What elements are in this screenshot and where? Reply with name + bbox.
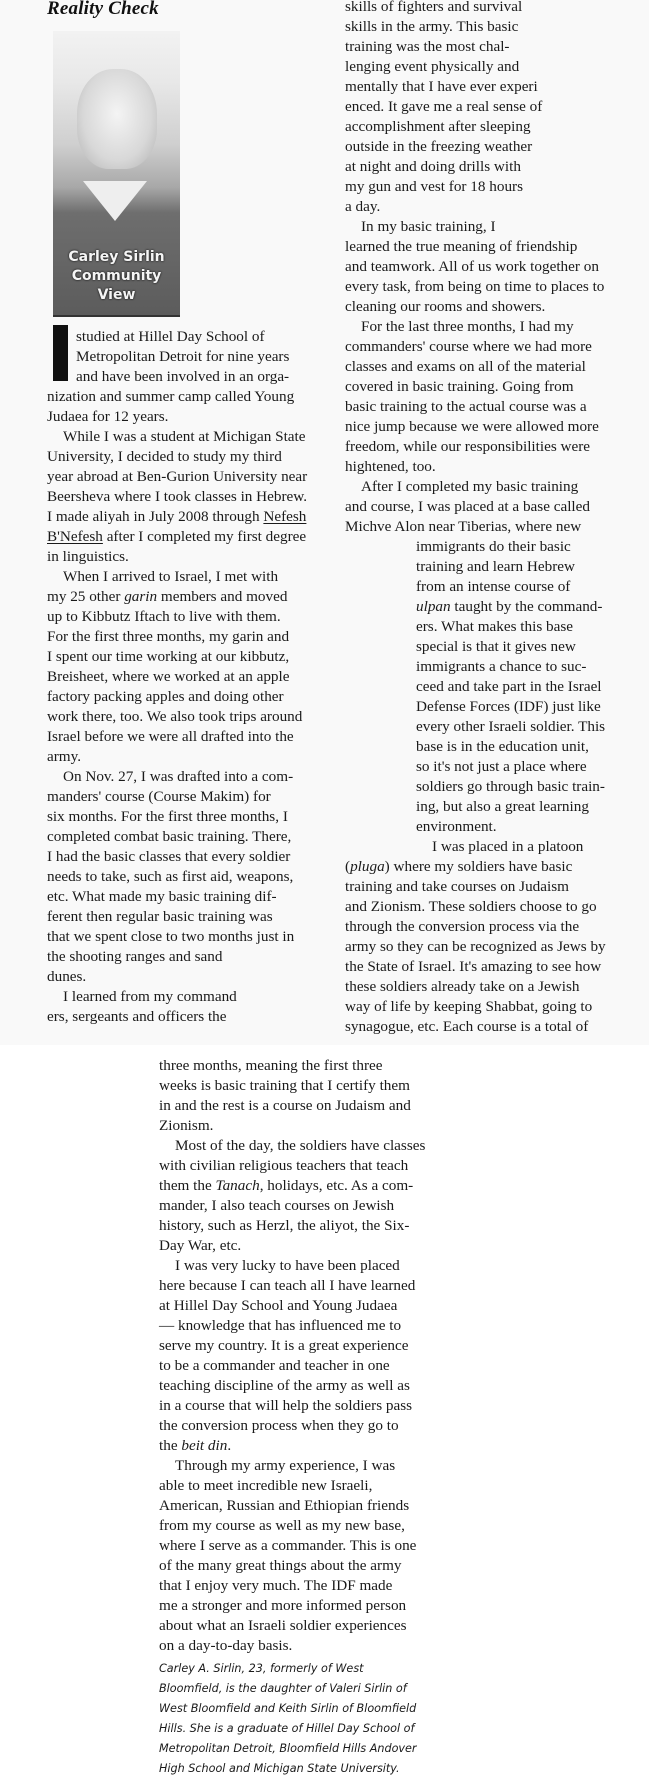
- bio-line: Carley A. Sirlin, 23, formerly of West: [159, 1659, 417, 1679]
- text-line: serve my country. It is a great experien…: [159, 1336, 425, 1356]
- text-line: enced. It gave me a real sense of: [345, 97, 606, 117]
- text-line: immigrants do their basic: [345, 537, 606, 557]
- text-line: mander, I also teach courses on Jewish: [159, 1196, 425, 1216]
- text-line: at Hillel Day School and Young Judaea: [159, 1296, 425, 1316]
- left-column: studied at Hillel Day School of Metropol…: [47, 327, 307, 1027]
- text-line: that we spent close to two months just i…: [47, 927, 307, 947]
- text-line: B'Nefesh after I completed my first degr…: [47, 527, 307, 547]
- text-line: manders' course (Course Makim) for: [47, 787, 307, 807]
- nefesh-link[interactable]: Nefesh: [263, 508, 306, 525]
- text-line: Beersheva where I took classes in Hebrew…: [47, 487, 307, 507]
- text-line: nice jump because we were allowed more: [345, 417, 606, 437]
- text-line: and course, I was placed at a base calle…: [345, 497, 606, 517]
- text-line: I learned from my command: [47, 987, 307, 1007]
- text-line: my 25 other garin members and moved: [47, 587, 307, 607]
- text-line: training and learn Hebrew: [345, 557, 606, 577]
- text-line: my gun and vest for 18 hours: [345, 177, 606, 197]
- author-bio: Carley A. Sirlin, 23, formerly of West B…: [159, 1659, 417, 1779]
- text-line: work there, too. We also took trips arou…: [47, 707, 307, 727]
- text-line: ers, sergeants and officers the: [47, 1007, 307, 1027]
- text-line: army.: [47, 747, 307, 767]
- text-line: ing, but also a great learning: [345, 797, 606, 817]
- text-line: from an intense course of: [345, 577, 606, 597]
- portrait-collar: [83, 181, 147, 221]
- text-line: soldiers go through basic train-: [345, 777, 606, 797]
- text-line: through the conversion process via the: [345, 917, 606, 937]
- text-line: Zionism.: [159, 1116, 425, 1136]
- text-line: (pluga) where my soldiers have basic: [345, 857, 606, 877]
- text-line: ferent then regular basic training was: [47, 907, 307, 927]
- text-line: ulpan taught by the command-: [345, 597, 606, 617]
- text-line: covered in basic training. Going from: [345, 377, 606, 397]
- text-line: lenging event physically and: [345, 57, 606, 77]
- text-line: and Zionism. These soldiers choose to go: [345, 897, 606, 917]
- bio-line: Bloomfield, is the daughter of Valeri Si…: [159, 1679, 417, 1699]
- text-line: Israel before we were all drafted into t…: [47, 727, 307, 747]
- text-line: Defense Forces (IDF) just like: [345, 697, 606, 717]
- bottom-column: three months, meaning the first three we…: [159, 1056, 425, 1656]
- text-line: and teamwork. All of us work together on: [345, 257, 606, 277]
- text-line: six months. For the first three months, …: [47, 807, 307, 827]
- text-line: I spent our time working at our kibbutz,: [47, 647, 307, 667]
- text-line: training was the most chal-: [345, 37, 606, 57]
- text-line: learned the true meaning of friendship: [345, 237, 606, 257]
- text-line: needs to take, such as first aid, weapon…: [47, 867, 307, 887]
- text-line: — knowledge that has influenced me to: [159, 1316, 425, 1336]
- text-line: every task, from being on time to places…: [345, 277, 606, 297]
- text-line: Day War, etc.: [159, 1236, 425, 1256]
- text-line: ceed and take part in the Israel: [345, 677, 606, 697]
- text-line: I was placed in a platoon: [345, 837, 606, 857]
- text-line: cleaning our rooms and showers.: [345, 297, 606, 317]
- text-line: classes and exams on all of the material: [345, 357, 606, 377]
- photo-caption-line2: Community: [53, 267, 180, 286]
- nefesh-link-cont[interactable]: B'Nefesh: [47, 528, 103, 545]
- text-line: For the first three months, my garin and: [47, 627, 307, 647]
- text-line: Michve Alon near Tiberias, where new: [345, 517, 606, 537]
- bio-line: Hills. She is a graduate of Hillel Day S…: [159, 1719, 417, 1739]
- text-line: I made aliyah in July 2008 through Nefes…: [47, 507, 307, 527]
- text-line: the conversion process when they go to: [159, 1416, 425, 1436]
- text-line: Most of the day, the soldiers have class…: [159, 1136, 425, 1156]
- text-line: year abroad at Ben-Gurion University nea…: [47, 467, 307, 487]
- text-line: to be a commander and teacher in one: [159, 1356, 425, 1376]
- text-line: etc. What made my basic training dif-: [47, 887, 307, 907]
- text-line: about what an Israeli soldier experience…: [159, 1616, 425, 1636]
- text-line: way of life by keeping Shabbat, going to: [345, 997, 606, 1017]
- text-line: completed combat basic training. There,: [47, 827, 307, 847]
- text-line: University, I decided to study my third: [47, 447, 307, 467]
- text-line: in linguistics.: [47, 547, 307, 567]
- photo-caption: Carley Sirlin Community View: [53, 248, 180, 305]
- text-line: I was very lucky to have been placed: [159, 1256, 425, 1276]
- text-line: able to meet incredible new Israeli,: [159, 1476, 425, 1496]
- text-line: on a day-to-day basis.: [159, 1636, 425, 1656]
- text-line: While I was a student at Michigan State: [47, 427, 307, 447]
- text-line: so it's not just a place where: [345, 757, 606, 777]
- text-line: freedom, while our responsibilities were: [345, 437, 606, 457]
- text-line: training and take courses on Judaism: [345, 877, 606, 897]
- portrait-face: [77, 69, 157, 169]
- text-line: accomplishment after sleeping: [345, 117, 606, 137]
- text-line: at night and doing drills with: [345, 157, 606, 177]
- text-line: three months, meaning the first three: [159, 1056, 425, 1076]
- text-line: the State of Israel. It's amazing to see…: [345, 957, 606, 977]
- text-line: skills of fighters and survival: [345, 0, 606, 17]
- text-line: history, such as Herzl, the aliyot, the …: [159, 1216, 425, 1236]
- right-column: skills of fighters and survival skills i…: [345, 0, 606, 1037]
- bio-line: High School and Michigan State Universit…: [159, 1759, 417, 1779]
- text-line: ers. What makes this base: [345, 617, 606, 637]
- text-line: mentally that I have ever experi: [345, 77, 606, 97]
- text-line: environment.: [345, 817, 606, 837]
- text-line: them the Tanach, holidays, etc. As a com…: [159, 1176, 425, 1196]
- text-line: skills in the army. This basic: [345, 17, 606, 37]
- text-line: with civilian religious teachers that te…: [159, 1156, 425, 1176]
- text-line: up to Kibbutz Iftach to live with them.: [47, 607, 307, 627]
- text-line: Through my army experience, I was: [159, 1456, 425, 1476]
- text-line: factory packing apples and doing other: [47, 687, 307, 707]
- text-line: army so they can be recognized as Jews b…: [345, 937, 606, 957]
- text-line: a day.: [345, 197, 606, 217]
- text-line: dunes.: [47, 967, 307, 987]
- text-line: base is in the education unit,: [345, 737, 606, 757]
- text-line: After I completed my basic training: [345, 477, 606, 497]
- text-line: every other Israeli soldier. This: [345, 717, 606, 737]
- text-line: immigrants a chance to suc-: [345, 657, 606, 677]
- text-line: these soldiers already take on a Jewish: [345, 977, 606, 997]
- text-line: weeks is basic training that I certify t…: [159, 1076, 425, 1096]
- text-line: studied at Hillel Day School of: [47, 327, 307, 347]
- text-line: where I serve as a commander. This is on…: [159, 1536, 425, 1556]
- text-line: Judaea for 12 years.: [47, 407, 307, 427]
- text-line: of the many great things about the army: [159, 1556, 425, 1576]
- text-line: special is that it gives new: [345, 637, 606, 657]
- text-line: nization and summer camp called Young: [47, 387, 307, 407]
- text-line: from my course as well as my new base,: [159, 1516, 425, 1536]
- text-line: I had the basic classes that every soldi…: [47, 847, 307, 867]
- text-line: outside in the freezing weather: [345, 137, 606, 157]
- text-line: hightened, too.: [345, 457, 606, 477]
- bio-line: West Bloomfield and Keith Sirlin of Bloo…: [159, 1699, 417, 1719]
- text-line: that I enjoy very much. The IDF made: [159, 1576, 425, 1596]
- photo-caption-line3: View: [53, 286, 180, 305]
- text-line: in a course that will help the soldiers …: [159, 1396, 425, 1416]
- text-line: the shooting ranges and sand: [47, 947, 307, 967]
- text-line: basic training to the actual course was …: [345, 397, 606, 417]
- text-line: the beit din.: [159, 1436, 425, 1456]
- author-photo: Carley Sirlin Community View: [53, 31, 180, 317]
- text-line: Breisheet, where we worked at an apple: [47, 667, 307, 687]
- text-line: in and the rest is a course on Judaism a…: [159, 1096, 425, 1116]
- text-line: and have been involved in an orga-: [47, 367, 307, 387]
- text-line: American, Russian and Ethiopian friends: [159, 1496, 425, 1516]
- text-line: teaching discipline of the army as well …: [159, 1376, 425, 1396]
- text-line: On Nov. 27, I was drafted into a com-: [47, 767, 307, 787]
- text-line: When I arrived to Israel, I met with: [47, 567, 307, 587]
- text-line: me a stronger and more informed person: [159, 1596, 425, 1616]
- text-line: here because I can teach all I have lear…: [159, 1276, 425, 1296]
- text-line: For the last three months, I had my: [345, 317, 606, 337]
- text-line: Metropolitan Detroit for nine years: [47, 347, 307, 367]
- photo-caption-name: Carley Sirlin: [53, 248, 180, 267]
- column-kicker: Reality Check: [47, 0, 159, 20]
- text-line: commanders' course where we had more: [345, 337, 606, 357]
- text-line: In my basic training, I: [345, 217, 606, 237]
- bio-line: Metropolitan Detroit, Bloomfield Hills A…: [159, 1739, 417, 1759]
- text-line: synagogue, etc. Each course is a total o…: [345, 1017, 606, 1037]
